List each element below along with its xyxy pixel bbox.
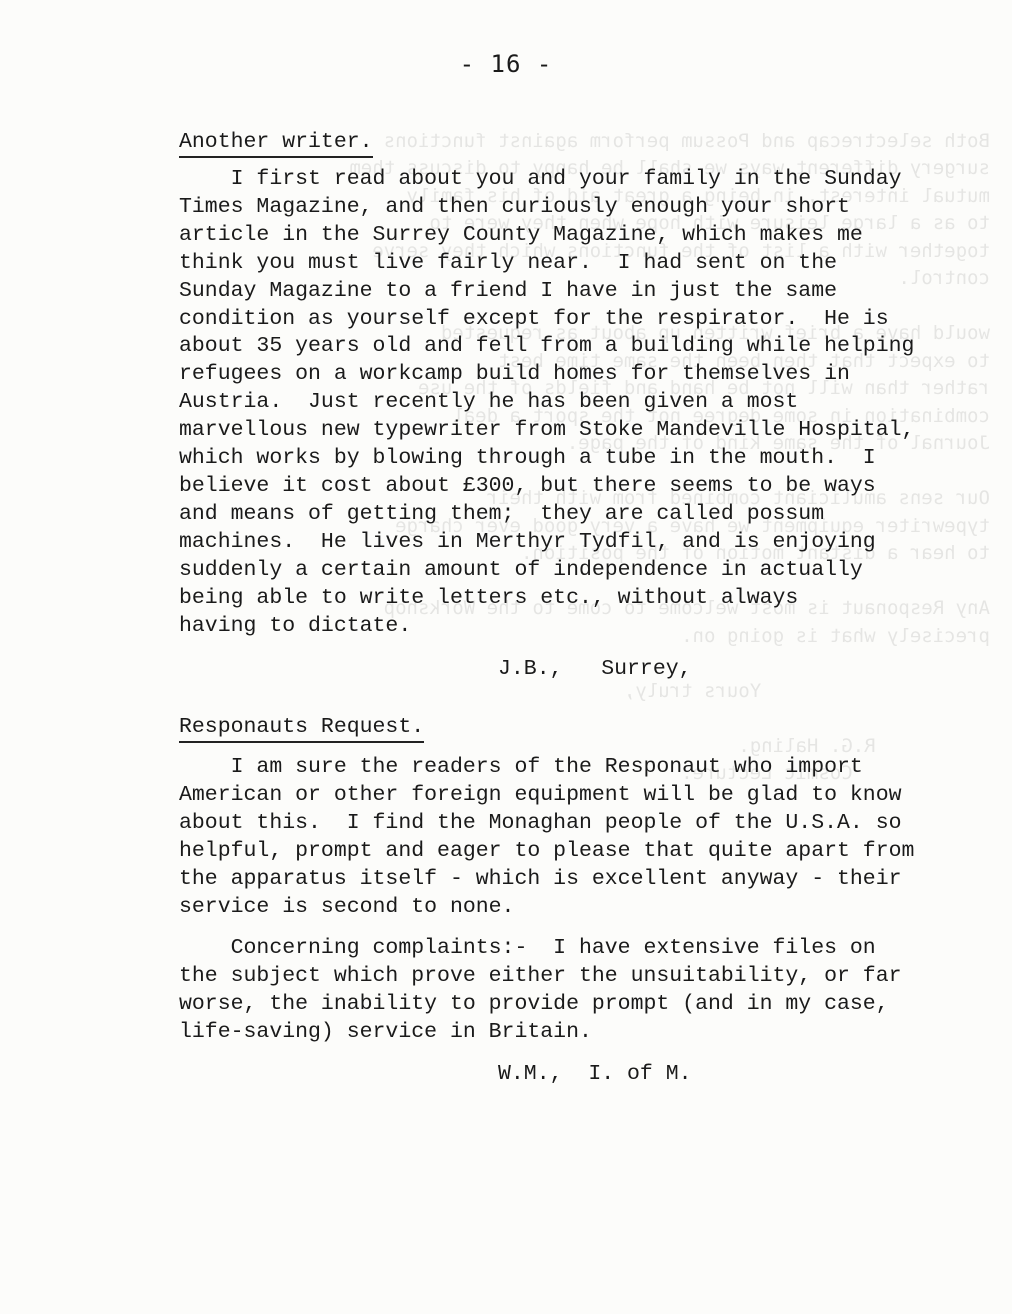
text-line: suddenly a certain amount of independenc… xyxy=(179,557,989,585)
text-line: refugees on a workcamp build homes for t… xyxy=(179,361,989,389)
signature: W.M., I. of M. xyxy=(179,1060,989,1088)
text-line: article in the Surrey County Magazine, w… xyxy=(179,222,989,250)
text-line: and means of getting them; they are call… xyxy=(179,501,989,529)
text-line: having to dictate. xyxy=(179,613,989,641)
text-line: about this. I find the Monaghan people o… xyxy=(179,810,989,838)
section-heading: Responauts Request. xyxy=(179,713,424,743)
text-line: I am sure the readers of the Responaut w… xyxy=(179,754,989,782)
text-line: about 35 years old and fell from a build… xyxy=(179,333,989,361)
text-line: think you must live fairly near. I had s… xyxy=(179,250,989,278)
text-line: service is second to none. xyxy=(179,894,989,922)
page-number: - 16 - xyxy=(0,50,1012,78)
text-line: condition as yourself except for the res… xyxy=(179,306,989,334)
text-line: worse, the inability to provide prompt (… xyxy=(179,991,989,1019)
text-line: which works by blowing through a tube in… xyxy=(179,445,989,473)
section-heading: Another writer. xyxy=(179,128,373,158)
text-line: I first read about you and your family i… xyxy=(179,166,989,194)
text-line: helpful, prompt and eager to please that… xyxy=(179,838,989,866)
text-line: Concerning complaints:- I have extensive… xyxy=(179,935,989,963)
text-line: marvellous new typewriter from Stoke Man… xyxy=(179,417,989,445)
text-line: Times Magazine, and then curiously enoug… xyxy=(179,194,989,222)
text-line: being able to write letters etc., withou… xyxy=(179,585,989,613)
document-body: Another writer. I first read about you a… xyxy=(179,128,989,1088)
text-line: believe it cost about £300, but there se… xyxy=(179,473,989,501)
section-another-writer: Another writer. I first read about you a… xyxy=(179,128,989,683)
text-line: Sunday Magazine to a friend I have in ju… xyxy=(179,278,989,306)
signature: J.B., Surrey, xyxy=(179,655,989,683)
letter-paragraph: Concerning complaints:- I have extensive… xyxy=(179,935,989,1047)
text-line: life-saving) service in Britain. xyxy=(179,1019,989,1047)
text-line: Austria. Just recently he has been given… xyxy=(179,389,989,417)
text-line: the apparatus itself - which is excellen… xyxy=(179,866,989,894)
letter-paragraph: I am sure the readers of the Responaut w… xyxy=(179,754,989,921)
letter-paragraph: I first read about you and your family i… xyxy=(179,166,989,640)
text-line: the subject which prove either the unsui… xyxy=(179,963,989,991)
text-line: machines. He lives in Merthyr Tydfil, an… xyxy=(179,529,989,557)
section-responauts-request: Responauts Request. I am sure the reader… xyxy=(179,713,989,1088)
text-line: American or other foreign equipment will… xyxy=(179,782,989,810)
